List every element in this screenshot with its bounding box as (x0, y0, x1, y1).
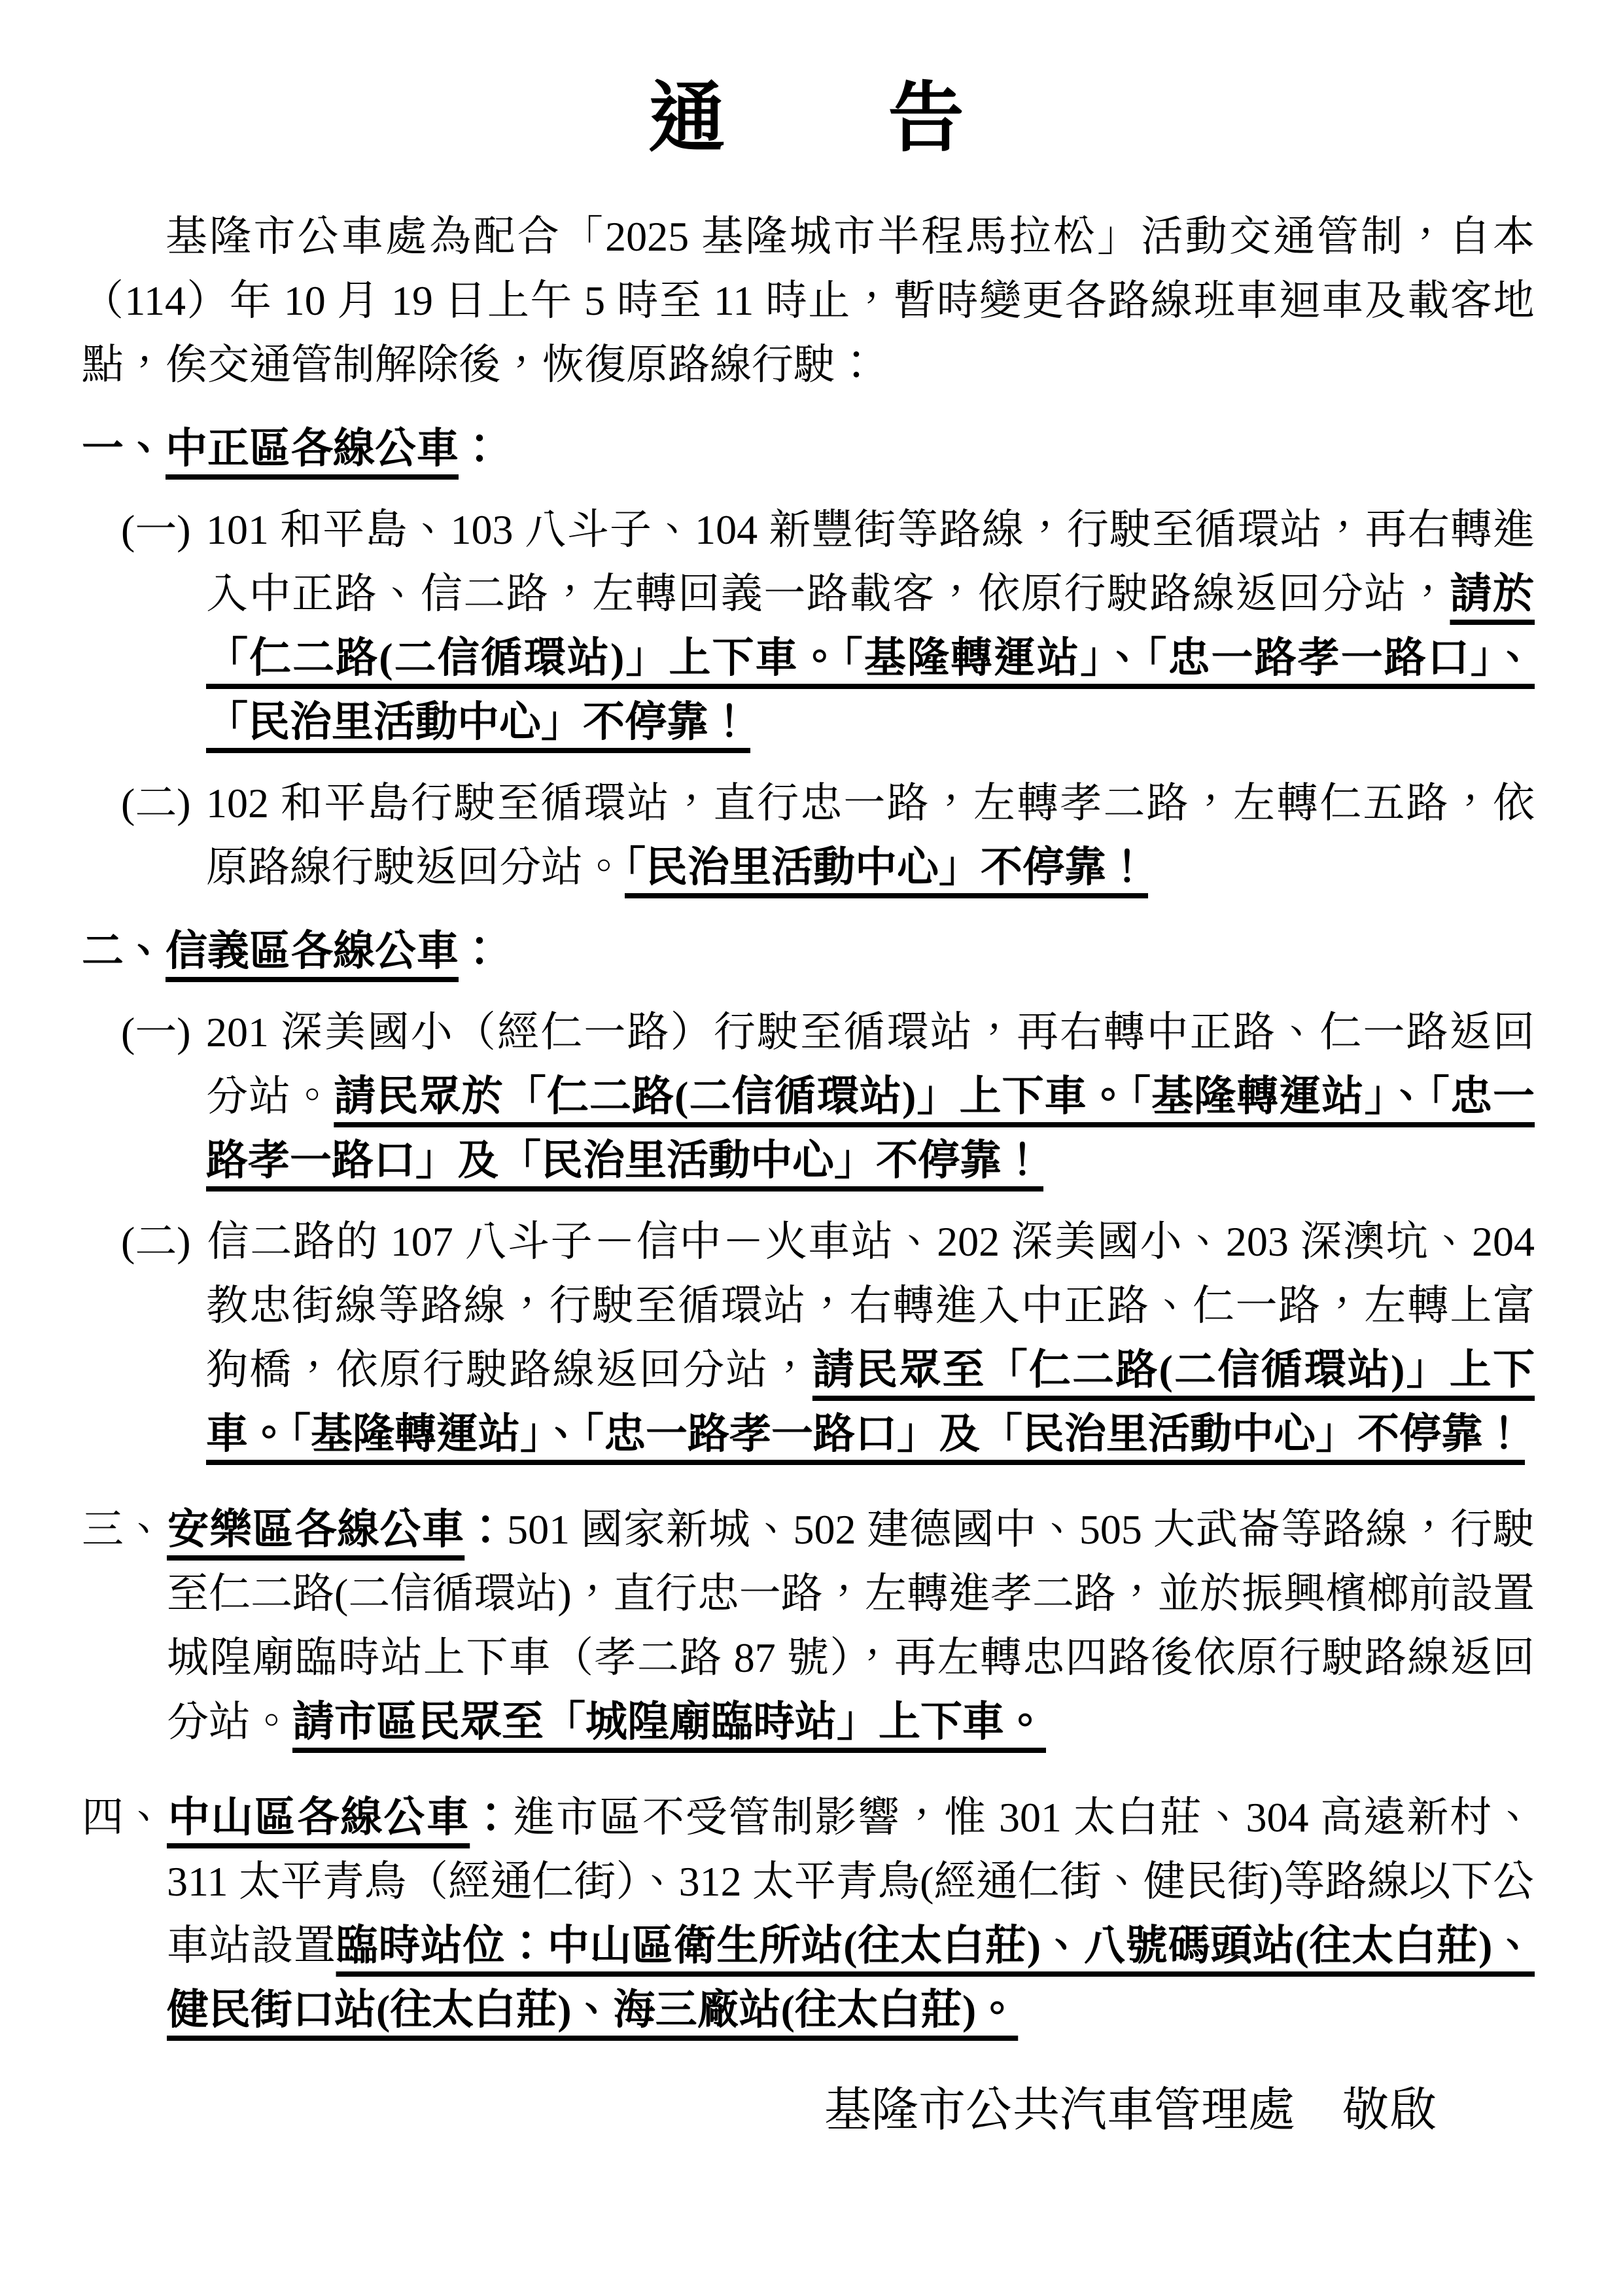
section-2-item-1: (一)201 深美國小（經仁一路）行駛至循環站，再右轉中正路、仁一路返回分站。請… (206, 1000, 1535, 1193)
section-1-item-1: (一)101 和平島、103 八斗子、104 新豐街等路線，行駛至循環站，再右轉… (206, 498, 1535, 754)
item-marker: (二) (121, 771, 206, 836)
section-2-heading: 信義區各線公車 (166, 928, 459, 974)
section-3-heading: 安樂區各線公車 (167, 1506, 464, 1553)
section-4-emphasis: 臨時站位：中山區衛生所站(往太白莊)、八號碼頭站(往太白莊)、健民街口站(往太白… (167, 1922, 1535, 2033)
signature: 基隆市公共汽車管理處 敬啟 (82, 2077, 1535, 2143)
item-marker: (二) (121, 1210, 206, 1274)
item-text: 101 和平島、103 八斗子、104 新豐街等路線，行駛至循環站，再右轉進入中… (206, 506, 1535, 617)
section-3-colon: ： (464, 1506, 507, 1553)
section-2-number: 二、 (82, 919, 166, 983)
notice-title: 通 告 (82, 72, 1535, 167)
section-1-heading-line: 一、中正區各線公車： (82, 417, 1535, 481)
notice-page: 通 告 基隆市公車處為配合「2025 基隆城市半程馬拉松」活動交通管制，自本（1… (0, 0, 1623, 2296)
section-1-heading: 中正區各線公車 (166, 425, 459, 472)
section-3-number: 三、 (82, 1498, 167, 1562)
section-2-item-2: (二)信二路的 107 八斗子－信中－火車站、202 深美國小、203 深澳坑、… (206, 1210, 1535, 1466)
item-emphasis: 「民治里活動中心」不停靠！ (625, 844, 1148, 891)
item-emphasis: 請民眾於「仁二路(二信循環站)」上下車。「基隆轉運站」、「忠一路孝一路口」及「民… (206, 1073, 1535, 1184)
section-4-heading: 中山區各線公車 (167, 1794, 470, 1841)
section-2-colon: ： (459, 928, 500, 974)
section-3-emphasis: 請市區民眾至「城隍廟臨時站」上下車。 (292, 1699, 1046, 1745)
section-4-paragraph: 四、中山區各線公車：進市區不受管制影響，惟 301 太白莊、304 高遠新村、3… (167, 1786, 1535, 2042)
section-4-colon: ： (470, 1794, 513, 1841)
section-1-number: 一、 (82, 417, 166, 481)
section-1-item-2: (二)102 和平島行駛至循環站，直行忠一路，左轉孝二路，左轉仁五路，依原路線行… (206, 771, 1535, 900)
intro-paragraph: 基隆市公車處為配合「2025 基隆城市半程馬拉松」活動交通管制，自本（114）年… (82, 205, 1535, 397)
item-marker: (一) (121, 498, 206, 562)
item-marker: (一) (121, 1000, 206, 1065)
section-4-number: 四、 (82, 1786, 167, 1850)
section-3-paragraph: 三、安樂區各線公車：501 國家新城、502 建德國中、505 大武崙等路線，行… (167, 1498, 1535, 1754)
section-1-colon: ： (459, 425, 500, 472)
section-2-heading-line: 二、信義區各線公車： (82, 919, 1535, 983)
